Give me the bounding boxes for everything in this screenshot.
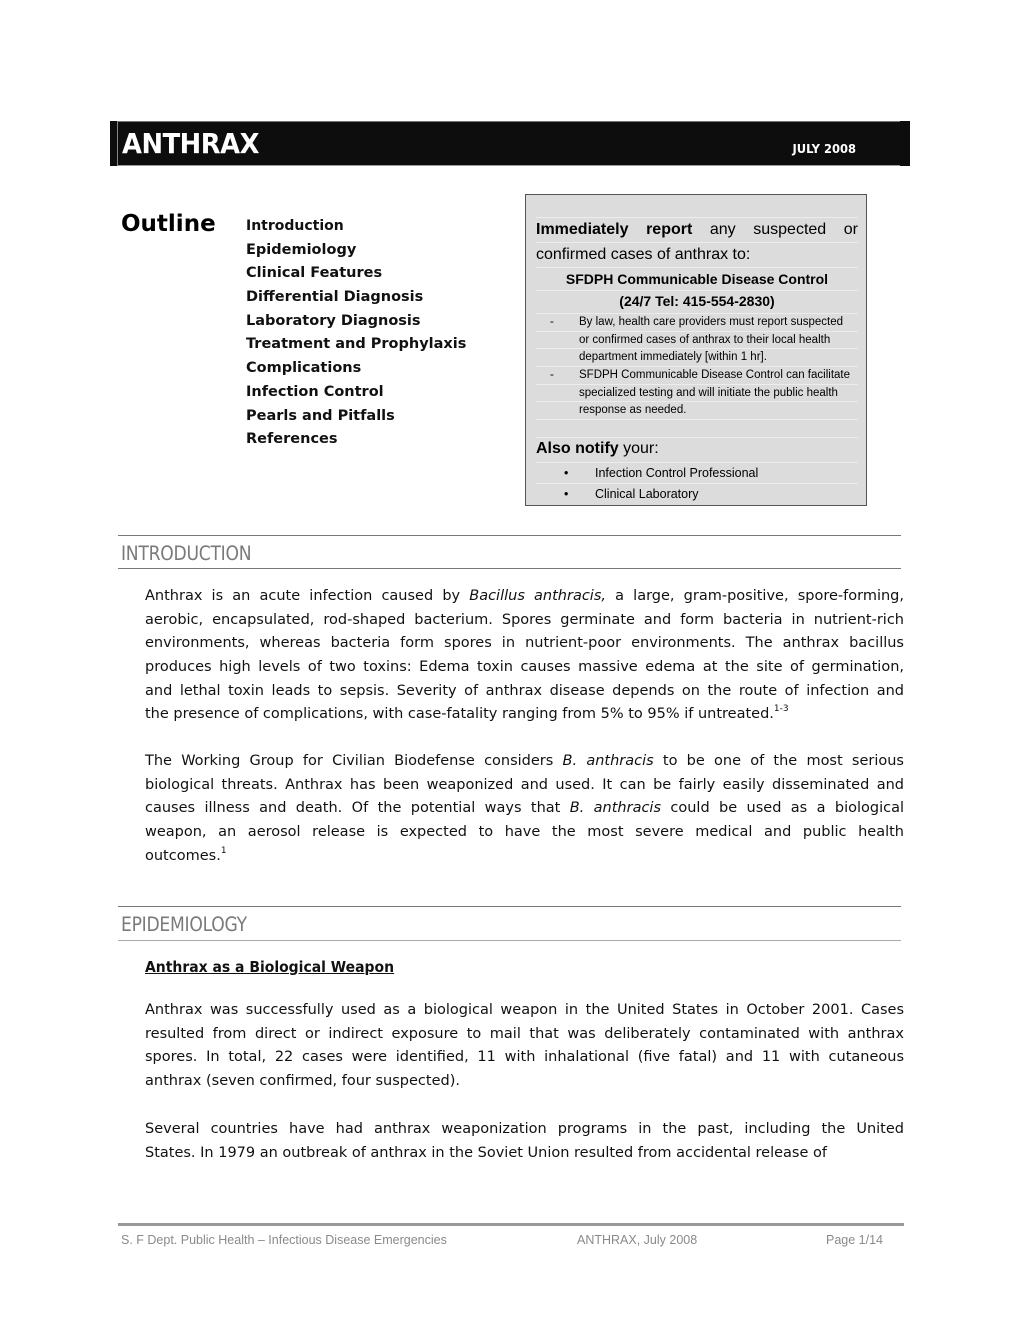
outline-item-pearls-pitfalls[interactable]: Pearls and Pitfalls bbox=[246, 407, 466, 431]
notify-item-label: Clinical Laboratory bbox=[595, 487, 699, 501]
notify-text: your: bbox=[619, 440, 659, 457]
dash-marker: - bbox=[550, 314, 554, 332]
agency-phone[interactable]: (24/7 Tel: 415-554-2830) bbox=[536, 293, 858, 309]
also-notify-line: Also notify your: bbox=[536, 440, 858, 458]
paragraph-line: States. In 1979 an outbreak of anthrax i… bbox=[145, 1142, 904, 1166]
footer-organization: S. F Dept. Public Health – Infectious Di… bbox=[121, 1233, 447, 1247]
outline-item-differential-diagnosis[interactable]: Differential Diagnosis bbox=[246, 288, 466, 312]
footer-rule bbox=[118, 1223, 904, 1226]
section-rule bbox=[118, 906, 901, 907]
paragraph-line: aerobic, encapsulated, rod-shaped bacter… bbox=[145, 609, 904, 633]
footer-document: ANTHRAX, July 2008 bbox=[577, 1233, 697, 1247]
citation-reference: 1-3 bbox=[774, 704, 789, 714]
report-instruction-line2: confirmed cases of anthrax to: bbox=[536, 246, 858, 264]
paragraph-line: Anthrax is an acute infection caused by … bbox=[145, 585, 904, 609]
italic-term: Bacillus anthracis, bbox=[469, 588, 606, 604]
outline-heading: Outline bbox=[121, 211, 216, 237]
outline-item-treatment-prophylaxis[interactable]: Treatment and Prophylaxis bbox=[246, 335, 466, 359]
epidemiology-paragraph-2: Several countries have had anthrax weapo… bbox=[145, 1118, 904, 1165]
section-rule bbox=[118, 940, 901, 941]
paragraph-line: Several countries have had anthrax weapo… bbox=[145, 1118, 904, 1142]
paragraph-line: spores. In total, 22 cases were identifi… bbox=[145, 1046, 904, 1070]
citation-reference: 1 bbox=[221, 846, 227, 856]
bullet-icon: • bbox=[564, 466, 568, 480]
box-rule bbox=[536, 267, 858, 268]
introduction-paragraph-1: Anthrax is an acute infection caused by … bbox=[145, 585, 904, 727]
box-rule bbox=[536, 242, 858, 243]
paragraph-line: biological threats. Anthrax has been wea… bbox=[145, 774, 904, 798]
paragraph-line: Anthrax was successfully used as a biolo… bbox=[145, 999, 904, 1023]
report-emphasis: Immediately report bbox=[536, 221, 692, 238]
agency-name: SFDPH Communicable Disease Control bbox=[536, 271, 858, 287]
dash-marker: - bbox=[550, 367, 554, 385]
paragraph-line: produces high levels of two toxins: Edem… bbox=[145, 656, 904, 680]
introduction-paragraph-2: The Working Group for Civilian Biodefens… bbox=[145, 750, 904, 868]
box-rule bbox=[536, 217, 858, 218]
paragraph-line: outcomes.1 bbox=[145, 845, 904, 869]
note-line: SFDPH Communicable Disease Control can f… bbox=[579, 367, 858, 385]
report-instruction-line1: Immediately report any suspected or bbox=[536, 221, 858, 239]
notify-item-label: Infection Control Professional bbox=[595, 466, 758, 480]
box-rule bbox=[536, 348, 858, 349]
subsection-heading: Anthrax as a Biological Weapon bbox=[145, 958, 394, 976]
title-bar-top-rule bbox=[118, 121, 900, 122]
bullet-icon: • bbox=[564, 487, 568, 501]
outline-item-clinical-features[interactable]: Clinical Features bbox=[246, 264, 466, 288]
paragraph-line: environments, whereas bacteria form spor… bbox=[145, 632, 904, 656]
box-rule bbox=[536, 419, 858, 420]
document-date: JULY 2008 bbox=[793, 141, 856, 156]
outline-item-introduction[interactable]: Introduction bbox=[246, 217, 466, 241]
paragraph-line: weapon, an aerosol release is expected t… bbox=[145, 821, 904, 845]
paragraph-line: anthrax (seven confirmed, four suspected… bbox=[145, 1070, 904, 1094]
paragraph-line: The Working Group for Civilian Biodefens… bbox=[145, 750, 904, 774]
section-heading-introduction: INTRODUCTION bbox=[121, 542, 251, 565]
paragraph-line: resulted from direct or indirect exposur… bbox=[145, 1023, 904, 1047]
outline-item-references[interactable]: References bbox=[246, 430, 466, 454]
section-rule bbox=[118, 568, 901, 569]
outline-item-infection-control[interactable]: Infection Control bbox=[246, 383, 466, 407]
box-rule bbox=[536, 462, 858, 463]
section-rule bbox=[118, 535, 901, 536]
outline-item-epidemiology[interactable]: Epidemiology bbox=[246, 241, 466, 265]
box-rule bbox=[536, 401, 858, 402]
box-rule bbox=[536, 483, 858, 484]
note-line: response as needed. bbox=[579, 402, 858, 420]
outline-list: Introduction Epidemiology Clinical Featu… bbox=[246, 217, 466, 454]
notify-emphasis: Also notify bbox=[536, 440, 619, 457]
title-bar-bottom-rule bbox=[118, 165, 900, 166]
note-line: department immediately [within 1 hr]. bbox=[579, 349, 858, 367]
document-title-bar: ANTHRAX JULY 2008 bbox=[110, 121, 910, 166]
box-rule bbox=[536, 384, 858, 385]
italic-term: B. anthracis bbox=[563, 753, 654, 769]
box-rule bbox=[536, 437, 858, 438]
document-title: ANTHRAX bbox=[122, 127, 259, 160]
note-line: By law, health care providers must repor… bbox=[579, 314, 858, 332]
report-instruction-text: any suspected or bbox=[692, 221, 858, 238]
italic-term: B. anthracis bbox=[570, 800, 661, 816]
box-rule bbox=[536, 331, 858, 332]
box-rule bbox=[536, 290, 858, 291]
section-heading-epidemiology: EPIDEMIOLOGY bbox=[121, 913, 247, 936]
paragraph-line: causes illness and death. Of the potenti… bbox=[145, 797, 904, 821]
paragraph-line: the presence of complications, with case… bbox=[145, 703, 904, 727]
title-bar-edge bbox=[110, 121, 118, 166]
note-line: specialized testing and will initiate th… bbox=[579, 385, 858, 403]
outline-item-laboratory-diagnosis[interactable]: Laboratory Diagnosis bbox=[246, 312, 466, 336]
paragraph-line: and lethal toxin leads to sepsis. Severi… bbox=[145, 680, 904, 704]
note-line: or confirmed cases of anthrax to their l… bbox=[579, 332, 858, 350]
outline-item-complications[interactable]: Complications bbox=[246, 359, 466, 383]
epidemiology-paragraph-1: Anthrax was successfully used as a biolo… bbox=[145, 999, 904, 1094]
report-callout-box: Immediately report any suspected or conf… bbox=[525, 194, 867, 506]
footer-page-number: Page 1/14 bbox=[826, 1233, 883, 1247]
